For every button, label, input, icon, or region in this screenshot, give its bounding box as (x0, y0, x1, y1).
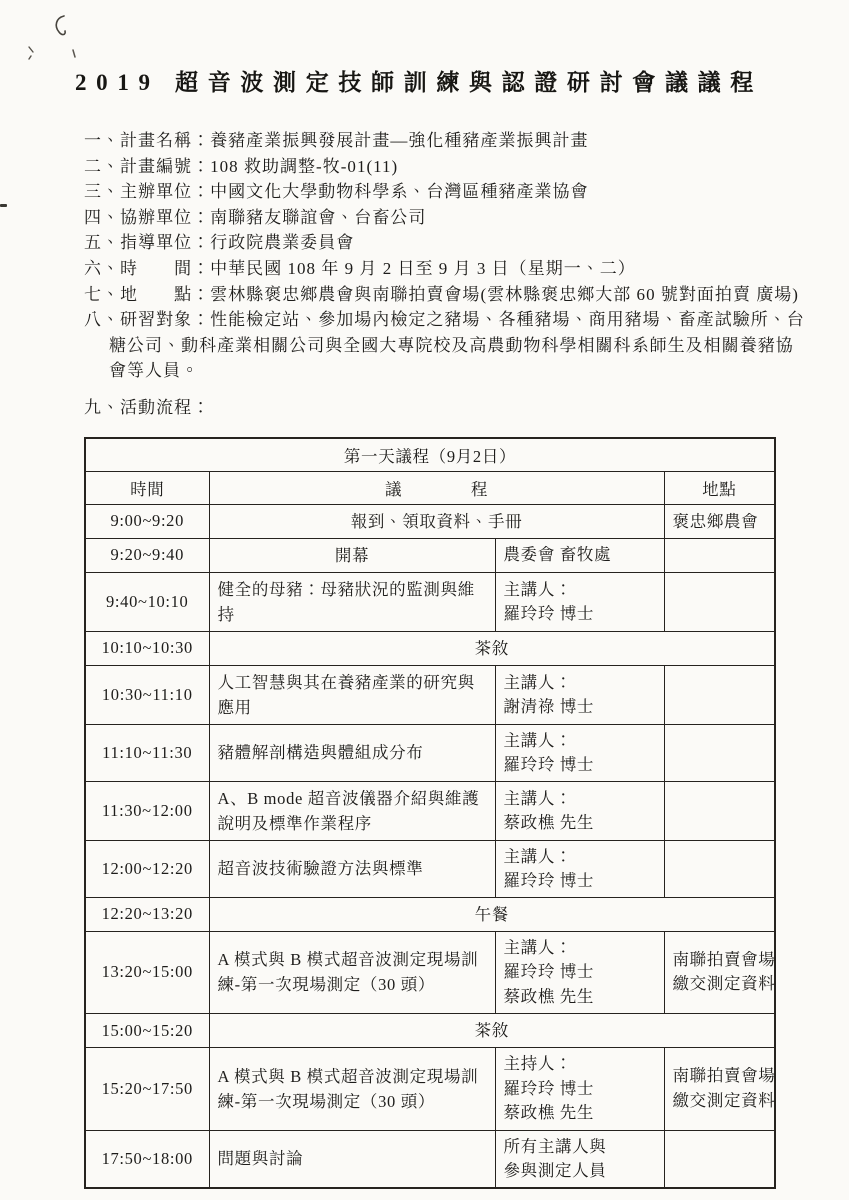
cell-line: 所有主講人與 (504, 1135, 656, 1159)
agenda-row: 11:10~11:30豬體解剖構造與體組成分布主講人：羅玲玲 博士 (85, 724, 775, 781)
info-line: 糖公司、動科產業相關公司與全國大專院校及高農動物科學相關科系師生及相關養豬協 (84, 333, 779, 359)
info-line: 五、指導單位：行政院農業委員會 (84, 230, 779, 256)
speaker-cell: 主講人：羅玲玲 博士蔡政樵 先生 (495, 931, 664, 1014)
info-line: 二、計畫編號：108 救助調整-牧-01(11) (84, 154, 779, 180)
cell-line: 南聯拍賣會場 (673, 948, 767, 973)
info-list: 一、計畫名稱：養豬產業振興發展計畫—強化種豬產業振興計畫二、計畫編號：108 救… (84, 128, 779, 421)
cell-line: 南聯拍賣會場 (673, 1064, 767, 1089)
day-title: 第一天議程（9月2日） (85, 438, 775, 472)
speaker-cell: 主講人：謝清祿 博士 (495, 665, 664, 724)
pen-squiggle-icon (50, 14, 72, 44)
topic-cell: 午餐 (209, 897, 775, 931)
cell-line: 農委會 畜牧處 (504, 543, 656, 567)
pen-tick-icon (26, 44, 42, 62)
agenda-row: 15:20~17:50A 模式與 B 模式超音波測定現場訓練-第一次現場測定（3… (85, 1048, 775, 1131)
speaker-cell: 主講人：羅玲玲 博士 (495, 840, 664, 897)
agenda-row: 9:20~9:40開幕農委會 畜牧處 (85, 538, 775, 572)
header-row: 時間 議 程 地點 (85, 471, 775, 504)
location-cell (664, 724, 775, 781)
time-cell: 13:20~15:00 (85, 931, 209, 1014)
location-cell (664, 665, 775, 724)
topic-cell: A、B mode 超音波儀器介紹與維護說明及標準作業程序 (209, 781, 495, 840)
location-cell: 南聯拍賣會場繳交測定資料 (664, 1048, 775, 1131)
cell-line: 羅玲玲 博士 (504, 960, 656, 985)
cell-line: 蔡政樵 先生 (504, 811, 656, 835)
topic-cell: A 模式與 B 模式超音波測定現場訓練-第一次現場測定（30 頭） (209, 1048, 495, 1131)
agenda-row: 17:50~18:00問題與討論所有主講人與參與測定人員 (85, 1130, 775, 1188)
time-cell: 10:10~10:30 (85, 631, 209, 665)
info-line: 一、計畫名稱：養豬產業振興發展計畫—強化種豬產業振興計畫 (84, 128, 779, 154)
cell-line: 褒忠鄉農會 (673, 509, 767, 534)
agenda-row: 13:20~15:00A 模式與 B 模式超音波測定現場訓練-第一次現場測定（3… (85, 931, 775, 1014)
speaker-cell: 主講人：蔡政樵 先生 (495, 781, 664, 840)
topic-cell: 茶敘 (209, 631, 775, 665)
speaker-cell: 主講人：羅玲玲 博士 (495, 572, 664, 631)
location-cell: 褒忠鄉農會 (664, 504, 775, 538)
time-cell: 11:30~12:00 (85, 781, 209, 840)
speaker-cell: 所有主講人與參與測定人員 (495, 1130, 664, 1188)
cell-line: 主講人： (504, 729, 656, 753)
time-cell: 10:30~11:10 (85, 665, 209, 724)
header-topic: 議 程 (209, 471, 664, 504)
cell-line: 主講人： (504, 671, 656, 695)
cell-line: 蔡政樵 先生 (504, 1101, 656, 1126)
location-cell: 南聯拍賣會場繳交測定資料 (664, 931, 775, 1014)
cell-line: 主講人： (504, 578, 656, 602)
agenda-row: 11:30~12:00A、B mode 超音波儀器介紹與維護說明及標準作業程序主… (85, 781, 775, 840)
time-cell: 12:00~12:20 (85, 840, 209, 897)
topic-cell: 超音波技術驗證方法與標準 (209, 840, 495, 897)
topic-cell: 人工智慧與其在養豬產業的研究與應用 (209, 665, 495, 724)
speaker-cell: 主持人：羅玲玲 博士蔡政樵 先生 (495, 1048, 664, 1131)
time-cell: 9:40~10:10 (85, 572, 209, 631)
cell-line: 主持人： (504, 1052, 656, 1077)
cell-line: 主講人： (504, 787, 656, 811)
cell-line: 蔡政樵 先生 (504, 985, 656, 1010)
cell-line: 羅玲玲 博士 (504, 1077, 656, 1102)
topic-cell: 問題與討論 (209, 1130, 495, 1188)
location-cell (664, 781, 775, 840)
agenda-tbody: 第一天議程（9月2日） 時間 議 程 地點 9:00~9:20報到、領取資料、手… (85, 438, 775, 1188)
info-line: 會等人員。 (84, 358, 779, 384)
topic-cell: 豬體解剖構造與體組成分布 (209, 724, 495, 781)
speaker-cell: 主講人：羅玲玲 博士 (495, 724, 664, 781)
time-cell: 15:20~17:50 (85, 1048, 209, 1131)
cell-line: 羅玲玲 博士 (504, 753, 656, 777)
agenda-row: 9:00~9:20報到、領取資料、手冊褒忠鄉農會 (85, 504, 775, 538)
cell-line: 參與測定人員 (504, 1159, 656, 1183)
cell-line: 羅玲玲 博士 (504, 869, 656, 893)
speaker-cell: 農委會 畜牧處 (495, 538, 664, 572)
agenda-row: 12:00~12:20超音波技術驗證方法與標準主講人：羅玲玲 博士 (85, 840, 775, 897)
info-line: 八、研習對象：性能檢定站、參加場內檢定之豬場、各種豬場、商用豬場、畜產試驗所、台 (84, 307, 779, 333)
info-line: 四、協辦單位：南聯豬友聯誼會、台畜公司 (84, 205, 779, 231)
topic-cell: 茶敘 (209, 1014, 775, 1048)
agenda-row: 12:20~13:20午餐 (85, 897, 775, 931)
topic-cell: 報到、領取資料、手冊 (209, 504, 664, 538)
info-line: 七、地 點：雲林縣褒忠鄉農會與南聯拍賣會場(雲林縣褒忠鄉大部 60 號對面拍賣 … (84, 282, 779, 308)
cell-line: 羅玲玲 博士 (504, 602, 656, 626)
time-cell: 9:00~9:20 (85, 504, 209, 538)
location-cell (664, 1130, 775, 1188)
agenda-row: 9:40~10:10健全的母豬：母豬狀況的監測與維持主講人：羅玲玲 博士 (85, 572, 775, 631)
header-location: 地點 (664, 471, 775, 504)
topic-cell: 開幕 (209, 538, 495, 572)
location-cell (664, 538, 775, 572)
cell-line: 主講人： (504, 845, 656, 869)
time-cell: 17:50~18:00 (85, 1130, 209, 1188)
time-cell: 9:20~9:40 (85, 538, 209, 572)
topic-cell: A 模式與 B 模式超音波測定現場訓練-第一次現場測定（30 頭） (209, 931, 495, 1014)
agenda-row: 10:10~10:30茶敘 (85, 631, 775, 665)
location-cell (664, 572, 775, 631)
topic-cell: 健全的母豬：母豬狀況的監測與維持 (209, 572, 495, 631)
agenda-row: 10:30~11:10人工智慧與其在養豬產業的研究與應用主講人：謝清祿 博士 (85, 665, 775, 724)
info-line: 三、主辦單位：中國文化大學動物科學系、台灣區種豬產業協會 (84, 179, 779, 205)
time-cell: 11:10~11:30 (85, 724, 209, 781)
cell-line: 繳交測定資料 (673, 1089, 767, 1114)
time-cell: 15:00~15:20 (85, 1014, 209, 1048)
header-time: 時間 (85, 471, 209, 504)
agenda-row: 15:00~15:20茶敘 (85, 1014, 775, 1048)
agenda-table: 第一天議程（9月2日） 時間 議 程 地點 9:00~9:20報到、領取資料、手… (84, 437, 776, 1189)
document-title: 2019 超音波測定技師訓練與認證研討會議議程 (75, 64, 779, 97)
location-cell (664, 840, 775, 897)
cell-line: 主講人： (504, 936, 656, 961)
time-cell: 12:20~13:20 (85, 897, 209, 931)
info-line: 九、活動流程： (84, 395, 779, 421)
day-title-row: 第一天議程（9月2日） (85, 438, 775, 472)
info-line: 六、時 間：中華民國 108 年 9 月 2 日至 9 月 3 日（星期一、二） (84, 256, 779, 282)
scan-edge-mark (0, 204, 7, 207)
ink-speck-icon (70, 48, 78, 60)
cell-line: 謝清祿 博士 (504, 695, 656, 719)
cell-line: 繳交測定資料 (673, 972, 767, 997)
scanned-document-page: 2019 超音波測定技師訓練與認證研討會議議程 一、計畫名稱：養豬產業振興發展計… (0, 0, 849, 1200)
